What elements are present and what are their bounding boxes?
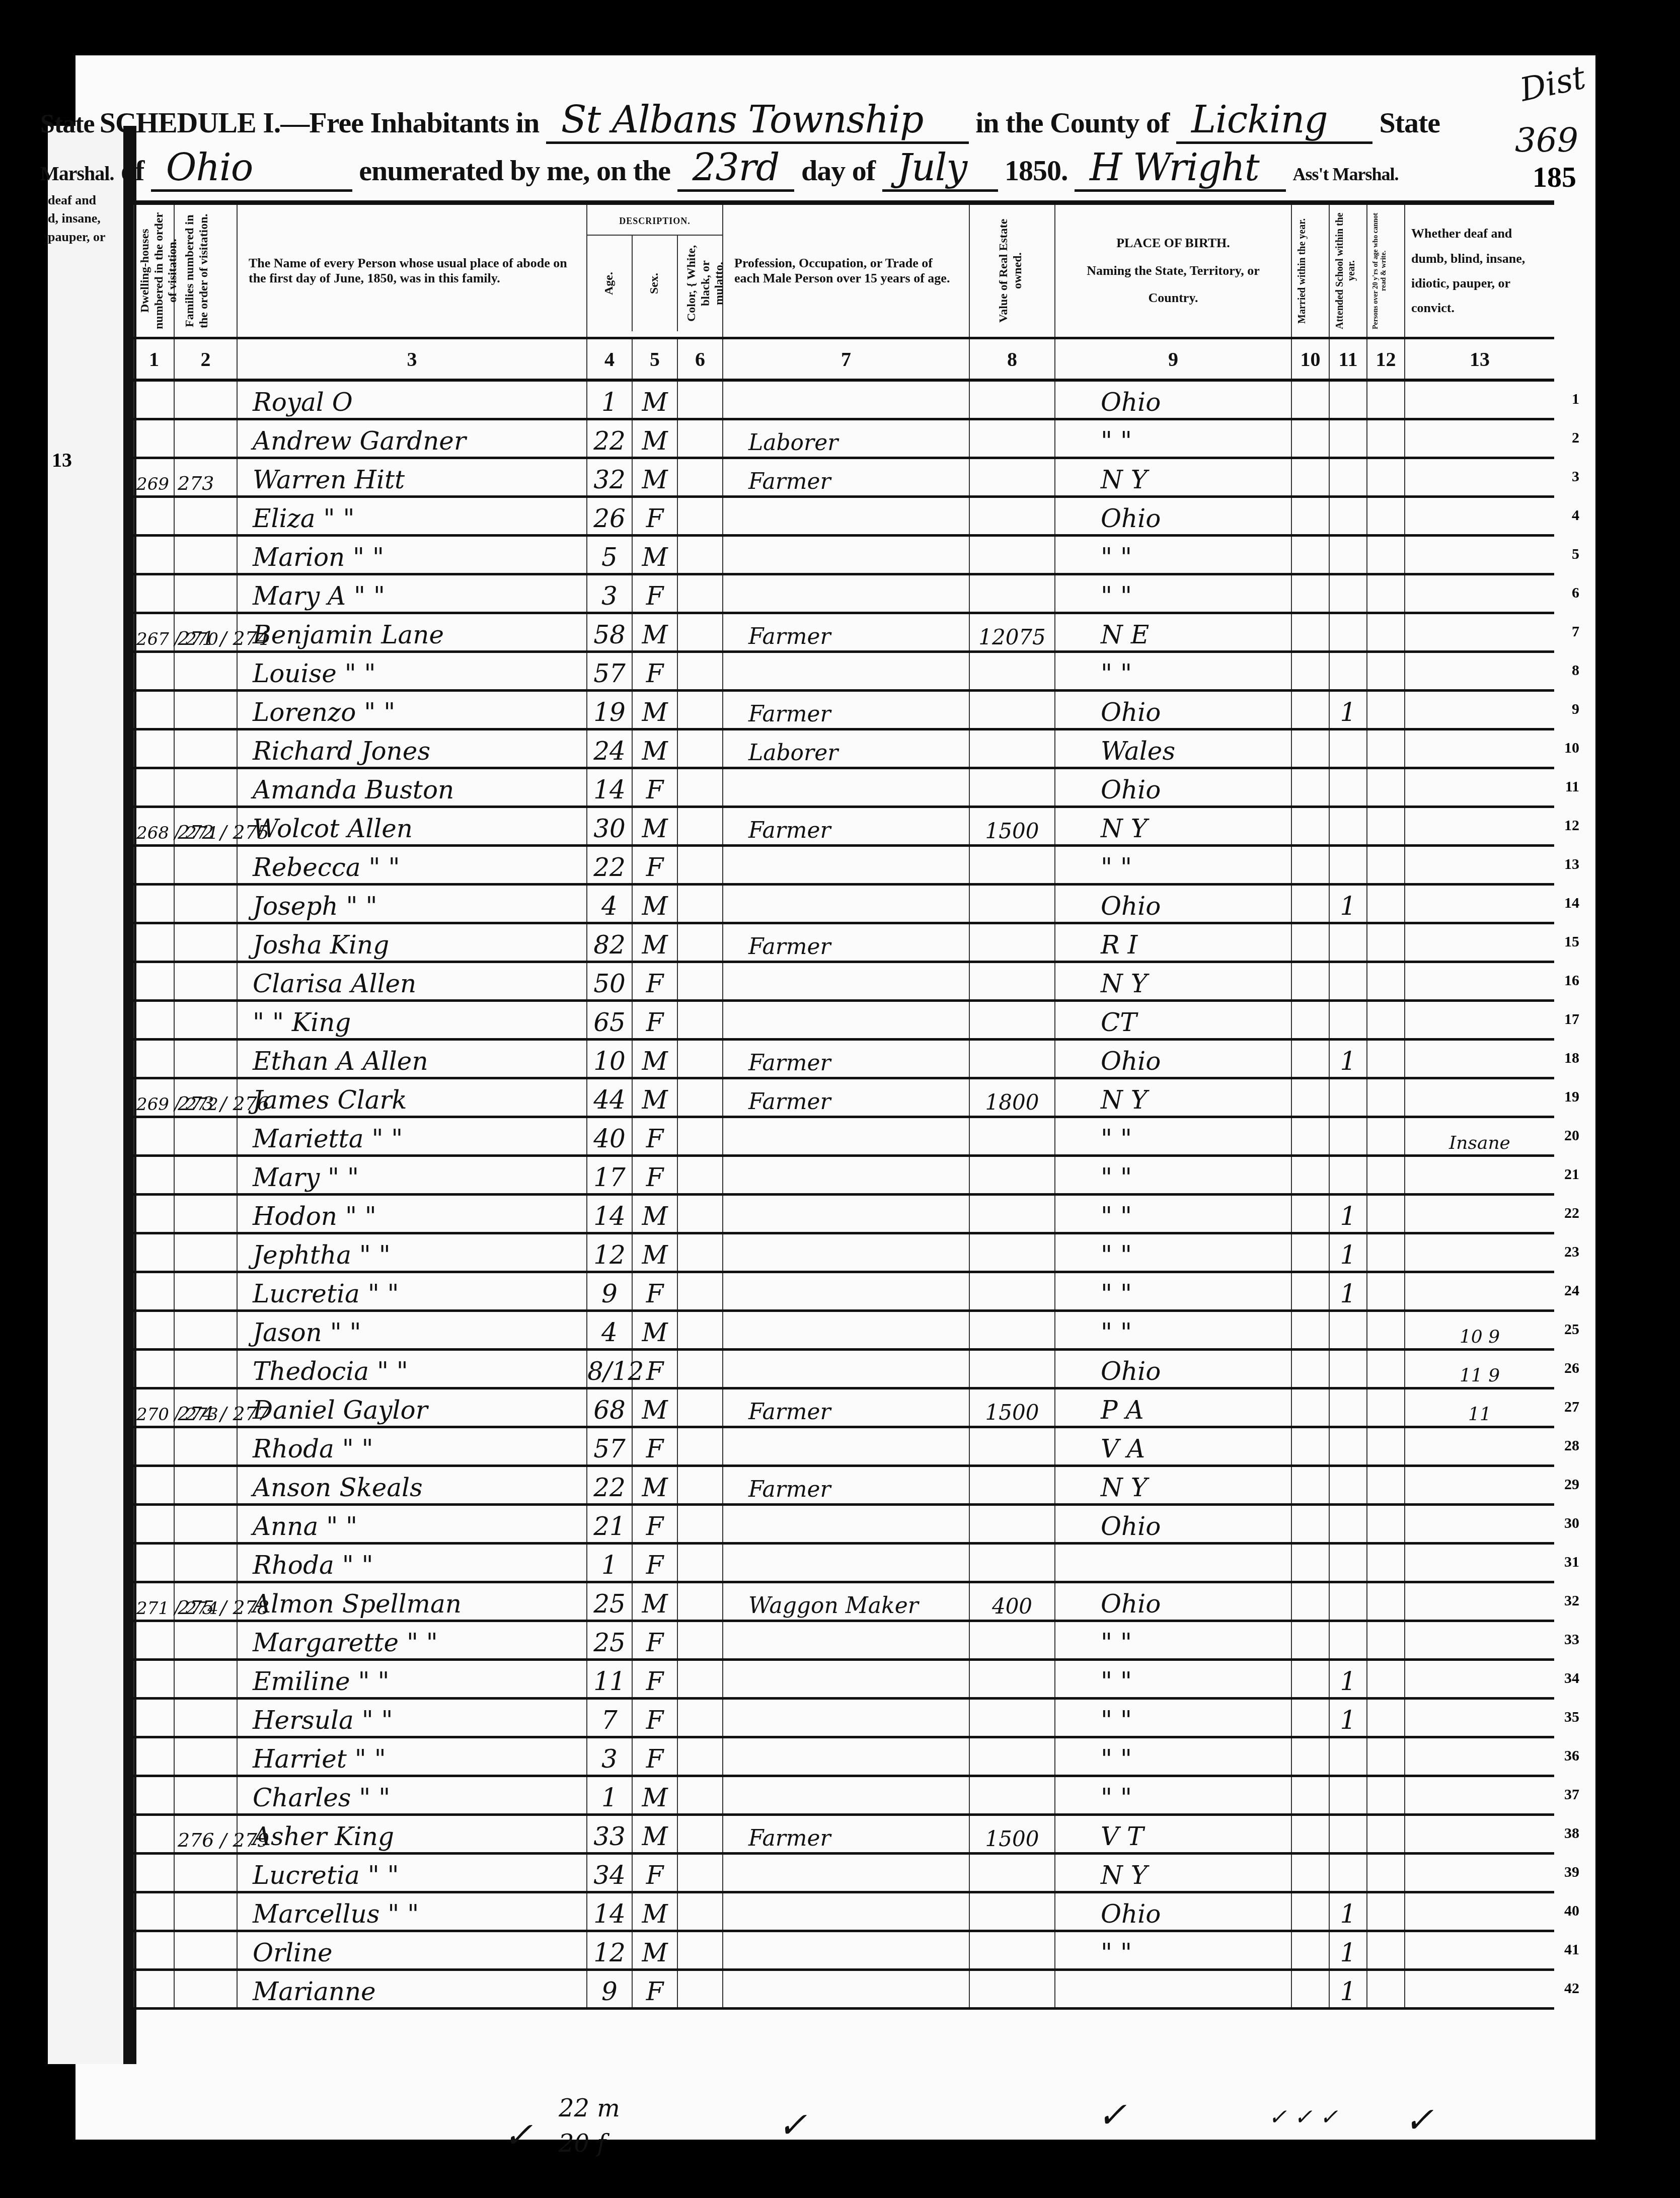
age-cell: 12 (587, 1931, 632, 1970)
sex-cell: F (632, 1272, 677, 1311)
condition-cell (1405, 729, 1554, 768)
line-number: 36 (1549, 1747, 1579, 1765)
real-estate-value-cell (969, 1544, 1055, 1582)
real-estate-value-cell (969, 1195, 1055, 1233)
col9-title: PLACE OF BIRTH. (1055, 230, 1291, 257)
dwelling-number-cell (134, 885, 174, 923)
condition-cell (1405, 1815, 1554, 1854)
line-number: 40 (1549, 1902, 1579, 1920)
person-name-cell: Joseph " " (237, 885, 587, 923)
person-name-cell: Hodon " " (237, 1195, 587, 1233)
family-number-cell: 273 / 276 (174, 1078, 237, 1117)
cannot-read-write-cell (1367, 923, 1405, 962)
condition-cell (1405, 458, 1554, 497)
cannot-read-write-cell (1367, 1621, 1405, 1660)
sex-cell: M (632, 807, 677, 846)
attended-school-cell (1329, 962, 1367, 1001)
real-estate-value-cell (969, 962, 1055, 1001)
condition-cell (1405, 1156, 1554, 1195)
cannot-read-write-cell (1367, 807, 1405, 846)
color-cell (677, 729, 723, 768)
family-number-cell (174, 1272, 237, 1311)
occupation-cell (723, 1892, 969, 1931)
table-row: 270 / 273274 / 277Daniel Gaylor68MFarmer… (134, 1388, 1554, 1427)
real-estate-value-cell (969, 1660, 1055, 1699)
family-number-cell (174, 1156, 237, 1195)
cannot-read-write-cell (1367, 1156, 1405, 1195)
condition-cell (1405, 1505, 1554, 1544)
family-number-cell (174, 885, 237, 923)
age-cell: 82 (587, 923, 632, 962)
birthplace-cell: CT (1055, 1001, 1291, 1040)
real-estate-value-cell (969, 1776, 1055, 1815)
married-within-year-cell (1291, 1621, 1329, 1660)
family-number-cell (174, 1699, 237, 1737)
sex-cell: F (632, 1660, 677, 1699)
person-name-cell: Almon Spellman (237, 1582, 587, 1621)
family-number-cell (174, 729, 237, 768)
married-within-year-cell (1291, 652, 1329, 691)
real-estate-value-cell (969, 1040, 1055, 1078)
prev-page-column-header: deaf and d, insane, pauper, or (48, 191, 123, 246)
real-estate-value-cell (969, 380, 1055, 419)
age-cell: 14 (587, 1195, 632, 1233)
table-row: Louise " "57F" " (134, 652, 1554, 691)
occupation-cell: Farmer (723, 1466, 969, 1505)
condition-cell (1405, 1233, 1554, 1272)
birthplace-cell: " " (1055, 1699, 1291, 1737)
cannot-read-write-cell (1367, 1233, 1405, 1272)
married-within-year-cell (1291, 1233, 1329, 1272)
line-number: 30 (1549, 1515, 1579, 1532)
attended-school-cell (1329, 846, 1367, 885)
color-cell (677, 1078, 723, 1117)
age-cell: 1 (587, 1776, 632, 1815)
real-estate-value-cell (969, 419, 1055, 458)
birthplace-cell: N Y (1055, 1466, 1291, 1505)
line-number: 27 (1549, 1399, 1579, 1416)
married-within-year-cell (1291, 1311, 1329, 1350)
cannot-read-write-cell (1367, 885, 1405, 923)
real-estate-value-cell (969, 1970, 1055, 2009)
married-within-year-cell (1291, 1001, 1329, 1040)
occupation-cell (723, 1699, 969, 1737)
schedule-prefix: SCHEDULE I.—Free Inhabitants in (100, 106, 540, 139)
attended-school-cell (1329, 419, 1367, 458)
attended-school-cell: 1 (1329, 1195, 1367, 1233)
married-within-year-cell (1291, 768, 1329, 807)
census-table: Dwelling-houses numbered in the order of… (133, 200, 1554, 2010)
cannot-read-write-cell (1367, 574, 1405, 613)
table-row: Thedocia " "8/12FOhio11 9 (134, 1350, 1554, 1388)
occupation-cell (723, 1931, 969, 1970)
table-row: Lucretia " "9F" "1 (134, 1272, 1554, 1311)
page-number: 185 (1533, 160, 1576, 194)
age-cell: 65 (587, 1001, 632, 1040)
attended-school-cell (1329, 1815, 1367, 1854)
color-cell (677, 923, 723, 962)
line-number: 24 (1549, 1282, 1579, 1299)
description-title: DESCRIPTION. (587, 211, 722, 236)
dwelling-number-cell (134, 497, 174, 536)
sex-cell: F (632, 1621, 677, 1660)
condition-cell (1405, 885, 1554, 923)
married-within-year-cell (1291, 536, 1329, 574)
table-row: Mary " "17F" " (134, 1156, 1554, 1195)
dwelling-number-cell (134, 536, 174, 574)
dwelling-number-cell (134, 846, 174, 885)
married-within-year-cell (1291, 729, 1329, 768)
dwelling-number-cell (134, 691, 174, 729)
person-name-cell: Marietta " " (237, 1117, 587, 1156)
day-field: 23rd (677, 146, 795, 192)
real-estate-value-cell (969, 885, 1055, 923)
cannot-read-write-cell (1367, 962, 1405, 1001)
attended-school-cell (1329, 1001, 1367, 1040)
birthplace-cell: " " (1055, 1272, 1291, 1311)
colnum: 8 (969, 338, 1055, 381)
attended-school-cell (1329, 1505, 1367, 1544)
age-cell: 30 (587, 807, 632, 846)
married-within-year-cell (1291, 574, 1329, 613)
occupation-cell (723, 1776, 969, 1815)
age-cell: 68 (587, 1388, 632, 1427)
person-name-cell: Lorenzo " " (237, 691, 587, 729)
condition-cell (1405, 1776, 1554, 1815)
condition-cell (1405, 380, 1554, 419)
person-name-cell: Mary A " " (237, 574, 587, 613)
colnum: 7 (723, 338, 969, 381)
married-within-year-cell (1291, 613, 1329, 652)
family-number-cell (174, 1233, 237, 1272)
real-estate-value-cell (969, 574, 1055, 613)
married-within-year-cell (1291, 1544, 1329, 1582)
attended-school-cell (1329, 729, 1367, 768)
condition-cell (1405, 1427, 1554, 1466)
line-number: 1 (1549, 391, 1579, 408)
occupation-cell: Laborer (723, 729, 969, 768)
colnum: 1 (134, 338, 174, 381)
cannot-read-write-cell (1367, 1699, 1405, 1737)
left-margin-prev-page: deaf and d, insane, pauper, or 13 (48, 126, 136, 2064)
married-within-year-cell (1291, 691, 1329, 729)
family-number-cell (174, 1854, 237, 1892)
age-cell: 5 (587, 536, 632, 574)
birthplace-cell: Ohio (1055, 1350, 1291, 1388)
family-number-cell (174, 1931, 237, 1970)
cannot-read-write-cell (1367, 1892, 1405, 1931)
dwelling-number-cell (134, 1970, 174, 2009)
married-within-year-cell (1291, 807, 1329, 846)
color-cell (677, 458, 723, 497)
table-row: Orline12M" "1 (134, 1931, 1554, 1970)
real-estate-value-cell: 1800 (969, 1078, 1055, 1117)
attended-school-cell (1329, 1854, 1367, 1892)
person-name-cell: James Clark (237, 1078, 587, 1117)
condition-cell (1405, 1621, 1554, 1660)
person-name-cell: Jason " " (237, 1311, 587, 1350)
color-cell (677, 1311, 723, 1350)
age-cell: 14 (587, 1892, 632, 1931)
age-cell: 21 (587, 1505, 632, 1544)
family-number-cell: 275 / 278 (174, 1582, 237, 1621)
age-cell: 8/12 (587, 1350, 632, 1388)
dwelling-number-cell (134, 1660, 174, 1699)
attended-school-cell (1329, 652, 1367, 691)
asst-marshal-label: Ass't Marshal. (1293, 164, 1399, 184)
table-row: 268 / 271272 / 275Wolcot Allen30MFarmer1… (134, 807, 1554, 846)
sex-cell: M (632, 536, 677, 574)
married-within-year-cell (1291, 1040, 1329, 1078)
real-estate-value-cell (969, 1505, 1055, 1544)
married-within-year-cell (1291, 1737, 1329, 1776)
line-number: 33 (1549, 1631, 1579, 1648)
birthplace-cell: Ohio (1055, 885, 1291, 923)
sex-cell: F (632, 652, 677, 691)
line-number: 28 (1549, 1437, 1579, 1454)
table-row: Marietta " "40F" "Insane (134, 1117, 1554, 1156)
dwelling-number-cell: 269 / 272 (134, 1078, 174, 1117)
line-number: 12 (1549, 817, 1579, 834)
person-name-cell: Mary " " (237, 1156, 587, 1195)
dwelling-number-cell (134, 1621, 174, 1660)
person-name-cell: Eliza " " (237, 497, 587, 536)
check-marks-school: ✓ ✓ ✓ (1268, 2104, 1338, 2130)
sex-cell: M (632, 691, 677, 729)
color-cell (677, 1350, 723, 1388)
married-within-year-cell (1291, 1388, 1329, 1427)
occupation-cell (723, 846, 969, 885)
birthplace-cell: " " (1055, 1195, 1291, 1233)
condition-cell: 11 (1405, 1388, 1554, 1427)
condition-cell: 10 9 (1405, 1311, 1554, 1350)
col4-header: Age. (587, 236, 633, 331)
table-row: Margarette " "25F" " (134, 1621, 1554, 1660)
birthplace-cell: " " (1055, 536, 1291, 574)
dwelling-number-cell: 268 / 271 (134, 807, 174, 846)
sex-cell: M (632, 1311, 677, 1350)
table-row: Emiline " "11F" "1 (134, 1660, 1554, 1699)
age-cell: 1 (587, 380, 632, 419)
cannot-read-write-cell (1367, 1427, 1405, 1466)
real-estate-value-cell (969, 1117, 1055, 1156)
table-row: Josha King82MFarmerR I (134, 923, 1554, 962)
color-cell (677, 1815, 723, 1854)
occupation-cell (723, 1970, 969, 2009)
dwelling-number-cell (134, 1931, 174, 1970)
sex-cell: M (632, 419, 677, 458)
dwelling-number-cell (134, 1815, 174, 1854)
married-within-year-cell (1291, 419, 1329, 458)
col12-header: Persons over 20 y'rs of age who cannot r… (1367, 203, 1405, 338)
dwelling-number-cell (134, 574, 174, 613)
age-cell: 9 (587, 1272, 632, 1311)
table-row: Richard Jones24MLaborerWales (134, 729, 1554, 768)
real-estate-value-cell: 12075 (969, 613, 1055, 652)
colnum: 10 (1291, 338, 1329, 381)
condition-cell (1405, 574, 1554, 613)
sex-cell: M (632, 1815, 677, 1854)
color-cell (677, 1776, 723, 1815)
condition-cell (1405, 1466, 1554, 1505)
sex-cell: M (632, 380, 677, 419)
line-number: 38 (1549, 1825, 1579, 1842)
sex-cell: M (632, 1931, 677, 1970)
person-name-cell: Royal O (237, 380, 587, 419)
family-number-cell (174, 574, 237, 613)
age-cell: 1 (587, 1544, 632, 1582)
real-estate-value-cell (969, 1156, 1055, 1195)
family-number-cell (174, 846, 237, 885)
col9-header: PLACE OF BIRTH. Naming the State, Territ… (1055, 203, 1291, 338)
sex-cell: M (632, 1388, 677, 1427)
person-name-cell: Andrew Gardner (237, 419, 587, 458)
cannot-read-write-cell (1367, 613, 1405, 652)
color-cell (677, 1621, 723, 1660)
occupation-cell: Farmer (723, 923, 969, 962)
color-cell (677, 1195, 723, 1233)
occupation-cell: Farmer (723, 458, 969, 497)
person-name-cell: Louise " " (237, 652, 587, 691)
day-of-label: day of (801, 154, 875, 187)
cannot-read-write-cell (1367, 1195, 1405, 1233)
married-within-year-cell (1291, 846, 1329, 885)
color-cell (677, 1427, 723, 1466)
person-name-cell: Josha King (237, 923, 587, 962)
occupation-cell: Farmer (723, 1815, 969, 1854)
table-row: Jason " "4M" "10 9 (134, 1311, 1554, 1350)
birthplace-cell: R I (1055, 923, 1291, 962)
col10-header: Married within the year. (1291, 203, 1329, 338)
person-name-cell: Charles " " (237, 1776, 587, 1815)
line-number: 29 (1549, 1476, 1579, 1493)
color-cell (677, 1970, 723, 2009)
birthplace-cell: N Y (1055, 458, 1291, 497)
marshal-name-field: H Wright (1075, 146, 1286, 192)
real-estate-value-cell (969, 1854, 1055, 1892)
line-number: 25 (1549, 1321, 1579, 1338)
color-cell (677, 1931, 723, 1970)
occupation-cell (723, 1505, 969, 1544)
married-within-year-cell (1291, 1854, 1329, 1892)
birthplace-cell: " " (1055, 574, 1291, 613)
dwelling-number-cell (134, 1272, 174, 1311)
condition-cell (1405, 691, 1554, 729)
schedule-title: StateSCHEDULE I.—Free Inhabitants in St … (126, 98, 1440, 144)
cannot-read-write-cell (1367, 1001, 1405, 1040)
age-cell: 12 (587, 1233, 632, 1272)
birthplace-cell: V T (1055, 1815, 1291, 1854)
cannot-read-write-cell (1367, 1078, 1405, 1117)
age-cell: 7 (587, 1699, 632, 1737)
family-number-cell (174, 1660, 237, 1699)
color-cell (677, 1699, 723, 1737)
attended-school-cell: 1 (1329, 1970, 1367, 2009)
dwelling-number-cell: 271 / 274 (134, 1582, 174, 1621)
real-estate-value-cell (969, 1001, 1055, 1040)
occupation-cell: Farmer (723, 1040, 969, 1078)
attended-school-cell (1329, 1156, 1367, 1195)
sex-cell: M (632, 1892, 677, 1931)
sex-cell: M (632, 1078, 677, 1117)
sex-cell: F (632, 1505, 677, 1544)
cannot-read-write-cell (1367, 536, 1405, 574)
colnum: 13 (1405, 338, 1554, 381)
cannot-read-write-cell (1367, 1272, 1405, 1311)
prev-header-line: pauper, or (48, 228, 123, 246)
birthplace-cell: N Y (1055, 807, 1291, 846)
condition-cell (1405, 1970, 1554, 2009)
table-row: Jephtha " "12M" "1 (134, 1233, 1554, 1272)
attended-school-cell (1329, 1737, 1367, 1776)
attended-school-cell (1329, 497, 1367, 536)
cannot-read-write-cell (1367, 497, 1405, 536)
condition-cell (1405, 1078, 1554, 1117)
color-cell (677, 380, 723, 419)
person-name-cell: Daniel Gaylor (237, 1388, 587, 1427)
married-within-year-cell (1291, 1892, 1329, 1931)
color-cell (677, 1737, 723, 1776)
real-estate-value-cell: 1500 (969, 1388, 1055, 1427)
of-label: of (121, 154, 144, 187)
cannot-read-write-cell (1367, 1388, 1405, 1427)
married-within-year-cell (1291, 1699, 1329, 1737)
line-number: 41 (1549, 1941, 1579, 1958)
line-number: 22 (1549, 1205, 1579, 1222)
person-name-cell: Anna " " (237, 1505, 587, 1544)
occupation-cell (723, 1195, 969, 1233)
family-number-cell (174, 1195, 237, 1233)
age-cell: 17 (587, 1156, 632, 1195)
age-cell: 50 (587, 962, 632, 1001)
color-cell (677, 1117, 723, 1156)
married-within-year-cell (1291, 497, 1329, 536)
colnum: 5 (632, 338, 677, 381)
person-name-cell: Richard Jones (237, 729, 587, 768)
table-row: Lorenzo " "19MFarmerOhio1 (134, 691, 1554, 729)
cannot-read-write-cell (1367, 846, 1405, 885)
person-name-cell: Thedocia " " (237, 1350, 587, 1388)
condition-cell (1405, 768, 1554, 807)
enumeration-line: Marshal. of Ohio enumerated by me, on th… (126, 146, 1399, 192)
person-name-cell: " " King (237, 1001, 587, 1040)
dwelling-number-cell: 267 / 270 (134, 613, 174, 652)
birthplace-cell: N E (1055, 613, 1291, 652)
age-cell: 4 (587, 885, 632, 923)
age-cell: 19 (587, 691, 632, 729)
occupation-cell: Farmer (723, 613, 969, 652)
color-cell (677, 574, 723, 613)
table-row: Marion " "5M" " (134, 536, 1554, 574)
birthplace-cell: Ohio (1055, 1040, 1291, 1078)
col8-header: Value of Real Estate owned. (969, 203, 1055, 338)
married-within-year-cell (1291, 923, 1329, 962)
sex-cell: F (632, 846, 677, 885)
married-within-year-cell (1291, 885, 1329, 923)
attended-school-cell: 1 (1329, 691, 1367, 729)
occupation-cell (723, 1311, 969, 1350)
married-within-year-cell (1291, 1117, 1329, 1156)
real-estate-value-cell (969, 1466, 1055, 1505)
real-estate-value-cell (969, 1892, 1055, 1931)
condition-cell (1405, 419, 1554, 458)
person-name-cell: Anson Skeals (237, 1466, 587, 1505)
age-cell: 57 (587, 1427, 632, 1466)
attended-school-cell (1329, 1078, 1367, 1117)
attended-school-cell (1329, 1311, 1367, 1350)
married-within-year-cell (1291, 1272, 1329, 1311)
birthplace-cell: " " (1055, 1737, 1291, 1776)
